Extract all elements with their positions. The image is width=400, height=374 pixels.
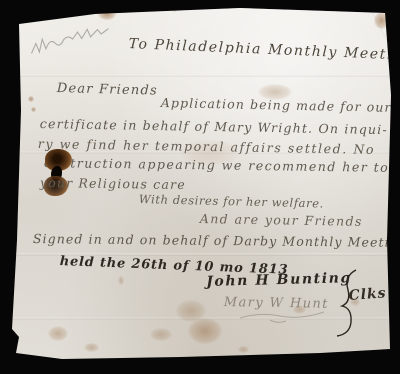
pencil-scribble [26, 18, 120, 63]
letter-document: To Philadelphia Monthly Meeting Dear Fri… [0, 0, 400, 374]
clerks-label: Clks [348, 285, 387, 304]
stain [28, 96, 34, 102]
body-line-5: your Religious care [40, 175, 186, 192]
stain [48, 326, 68, 341]
closing-farewell: And are your Friends [200, 211, 363, 229]
salutation: Dear Friends [57, 81, 158, 99]
stain [171, 5, 178, 12]
stain [308, 1, 317, 8]
signature-underline-flourish [240, 310, 325, 324]
photo-background: To Philadelphia Monthly Meeting Dear Fri… [0, 0, 400, 374]
stain [374, 12, 389, 29]
stain [238, 346, 249, 353]
attestation-line: Signed in and on behalf of Darby Monthly… [33, 231, 400, 250]
letter-heading: To Philadelphia Monthly Meeting [128, 36, 400, 64]
stain [188, 318, 222, 344]
stain [84, 343, 99, 352]
fold-crease [0, 74, 400, 77]
body-line-2: certificate in behalf of Mary Wright. On… [40, 116, 388, 137]
closing-wish: With desires for her welfare. [139, 192, 324, 211]
body-line-1: Application being made for our [161, 95, 392, 115]
stain [150, 328, 172, 341]
stain [31, 107, 36, 112]
stain [118, 276, 124, 285]
